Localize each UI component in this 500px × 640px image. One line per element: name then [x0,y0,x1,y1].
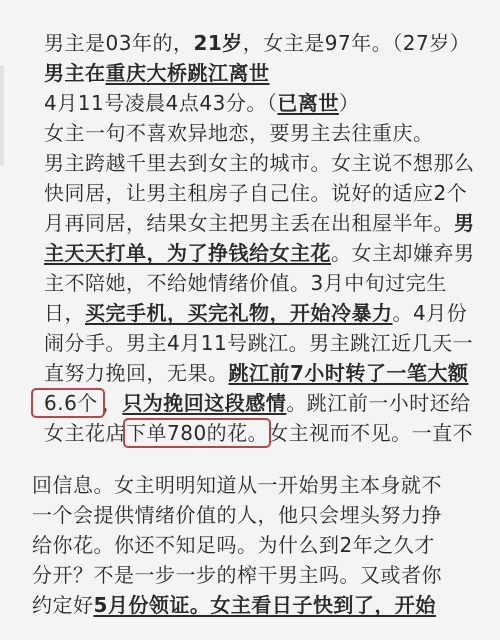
text-span: 一个会提供情绪价值的人，他只会埋头努力挣 [32,503,442,527]
text-span: 回信息。女主明明知道从一开始男主本身就不 [32,473,442,497]
text-span: 。4月份 [393,301,468,325]
text-line: 男主是03年的，21岁，女主是97年。（27岁） [44,28,500,58]
text-line: 男主在重庆大桥跳江离世 [44,58,500,88]
text-line: 日，买完手机，买完礼物，开始冷暴力。4月份 [44,298,500,328]
text-line: 快同居，让男主租房子自己住。说好的适应2个 [44,178,500,208]
text-span: 主不陪她，不给她情绪价值。3月中旬过完生 [44,271,447,295]
article-text-upper: 男主是03年的，21岁，女主是97年。（27岁）男主在重庆大桥跳江离世4月11号… [44,28,500,448]
text-line: 主天天打单，为了挣钱给女主花。女主却嫌弃男 [44,238,500,268]
text-line: 给你花。你还不知足吗。为什么到2年之久才 [32,530,500,560]
text-line: 约定好5月份领证。女主看日子快到了，开始 [32,590,500,620]
bold-emphasis: 男 [454,211,475,235]
bold-emphasis: 21岁 [193,31,242,55]
underlined-emphasis: 只为挽回这段感情 [122,391,286,415]
text-span: 约定好 [32,593,94,617]
text-line: 直努力挽回，无果。跳江前7小时转了一笔大额 [44,358,500,388]
text-span: ） [339,91,360,115]
text-span: 直努力挽回，无果。 [44,361,229,385]
text-line: 6.6个，只为挽回这段感情。跳江前一小时还给 [44,388,500,418]
text-line: 女主一句不喜欢异地恋，要男主去往重庆。 [44,118,500,148]
text-span: 4月11号凌晨4点43分。（ [44,91,277,115]
article-text-lower: 回信息。女主明明知道从一开始男主本身就不一个会提供情绪价值的人，他只会埋头努力挣… [32,470,500,620]
text-span: 分开？不是一步一步的榨干男主吗。又或者你 [32,563,442,587]
text-line: 月再同居，结果女主把男主丢在出租屋半年。男 [44,208,500,238]
text-span: 男主跨越千里去到女主的城市。女主说不想那么 [44,151,475,175]
text-line: 回信息。女主明明知道从一开始男主本身就不 [32,470,500,500]
text-line: 一个会提供情绪价值的人，他只会埋头努力挣 [32,500,500,530]
underlined-emphasis: 已离世 [277,91,339,115]
text-span: 闹分手。男主4月11号跳江。男主跳江近几天一 [44,331,473,355]
text-line: 女主花店下单780的花。女主视而不见。一直不 [44,418,500,448]
text-span: 女主一句不喜欢异地恋，要男主去往重庆。 [44,121,434,145]
underlined-emphasis: 跳江前7小时转了一笔大额 [229,361,469,385]
text-line: 分开？不是一步一步的榨干男主吗。又或者你 [32,560,500,590]
bold-emphasis: 男主在 [44,61,106,85]
highlight-box: 下单780的花。 [126,421,268,445]
text-span: 女主视而不见。一直不 [268,421,473,445]
text-span: 给你花。你还不知足吗。为什么到2年之久才 [32,533,435,557]
underlined-emphasis: 主天天打单，为了挣钱给女主花 [44,241,331,265]
text-span: ，女主是97年。（27岁） [243,31,470,55]
text-span: 男主是03年的， [44,31,193,55]
text-line: 闹分手。男主4月11号跳江。男主跳江近几天一 [44,328,500,358]
text-span: 。跳江前一小时还给 [286,391,471,415]
text-span: 快同居，让男主租房子自己住。说好的适应2个 [44,181,467,205]
left-edge-shadow [0,65,4,165]
text-span: 月再同居，结果女主把男主丢在出租屋半年。 [44,211,454,235]
underlined-emphasis: 买完手机，买完礼物，开始冷暴力 [85,301,393,325]
underlined-emphasis: 重庆大桥跳江离世 [106,61,270,85]
text-line: 主不陪她，不给她情绪价值。3月中旬过完生 [44,268,500,298]
text-span: ， [102,391,123,415]
text-span: 女主花店 [44,421,126,445]
underlined-emphasis: 5月份领证。女主看日子快到了，开始 [94,593,436,617]
text-line: 4月11号凌晨4点43分。（已离世） [44,88,500,118]
text-line: 男主跨越千里去到女主的城市。女主说不想那么 [44,148,500,178]
highlight-box: 6.6个 [34,391,102,415]
text-span: 日， [44,301,85,325]
text-span: 。女主却嫌弃男 [331,241,475,265]
